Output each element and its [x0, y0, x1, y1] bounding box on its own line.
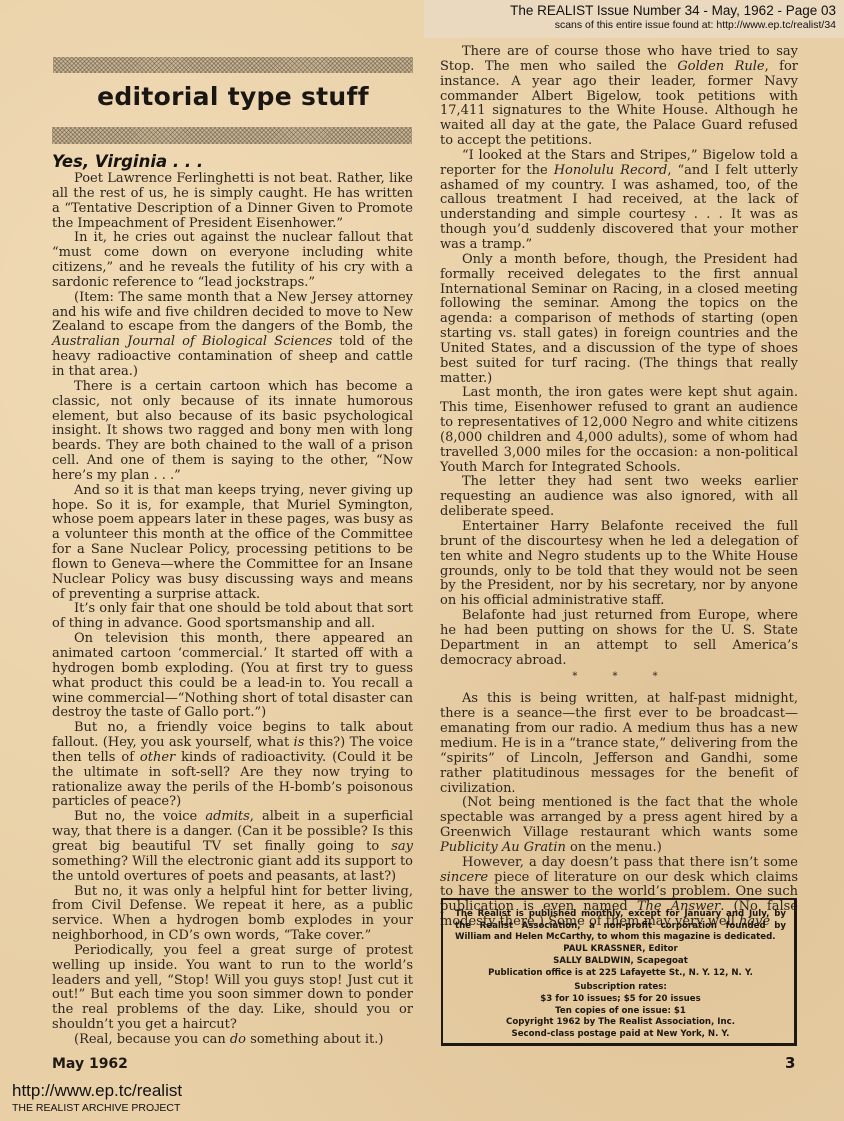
paragraph: The letter they had sent two weeks earli… [440, 475, 798, 520]
scapegoat-credit: SALLY BALDWIN, Scapegoat [455, 956, 786, 968]
office-address: Publication office is at 225 Lafayette S… [455, 968, 786, 980]
paragraph: There is a certain cartoon which has bec… [52, 380, 413, 484]
rates: $3 for 10 issues; $5 for 20 issues [455, 994, 786, 1006]
paragraph: But no, it was only a helpful hint for b… [52, 885, 413, 944]
info-line: The Realist is published monthly, except… [455, 909, 786, 921]
masthead-title: editorial type stuff [52, 82, 414, 111]
archive-banner: The REALIST Issue Number 34 - May, 1962 … [424, 0, 844, 38]
paragraph: And so it is that man keeps trying, neve… [52, 484, 413, 603]
paragraph: (Not being mentioned is the fact that th… [440, 796, 798, 855]
masthead-rule-top [53, 57, 413, 73]
section-separator: * * * [440, 668, 798, 686]
info-line: William and Helen McCarthy, to whom this… [455, 932, 786, 944]
copyright: Copyright 1962 by The Realist Associatio… [455, 1017, 786, 1029]
paragraph: Entertainer Harry Belafonte received the… [440, 520, 798, 609]
paragraph: It’s only fair that one should be told a… [52, 602, 413, 632]
paragraph: But no, the voice admits, albeit in a su… [52, 810, 413, 884]
paragraph: In it, he cries out against the nuclear … [52, 231, 413, 290]
paragraph: As this is being written, at half-past m… [440, 692, 798, 796]
paragraph: On television this month, there appeared… [52, 632, 413, 721]
bulk-copies: Ten copies of one issue: $1 [455, 1006, 786, 1018]
publication-info-box: The Realist is published monthly, except… [441, 898, 797, 1046]
archive-project-name: THE REALIST ARCHIVE PROJECT [12, 1102, 180, 1114]
paragraph: Belafonte had just returned from Europe,… [440, 609, 798, 668]
section-heading: Yes, Virginia . . . [52, 152, 413, 172]
editor-credit: PAUL KRASSNER, Editor [455, 944, 786, 956]
paragraph: Poet Lawrence Ferlinghetti is not beat. … [52, 172, 413, 231]
paragraph: But no, a friendly voice begins to talk … [52, 721, 413, 810]
issue-date: May 1962 [52, 1056, 128, 1072]
paragraph: (Item: The same month that a New Jersey … [52, 291, 413, 380]
masthead-rule-bottom [52, 127, 412, 144]
paragraph: There are of course those who have tried… [440, 45, 798, 149]
paragraph: (Real, because you can do something abou… [52, 1033, 413, 1048]
right-column: There are of course those who have tried… [440, 45, 798, 930]
rates-heading: Subscription rates: [455, 982, 786, 994]
paragraph: “I looked at the Stars and Stripes,” Big… [440, 149, 798, 253]
banner-subtitle: scans of this entire issue found at: htt… [424, 19, 836, 32]
paragraph: Only a month before, though, the Preside… [440, 253, 798, 387]
archive-url-link[interactable]: http://www.ep.tc/realist [12, 1081, 182, 1101]
page-number: 3 [785, 1054, 795, 1072]
paragraph: Periodically, you feel a great surge of … [52, 944, 413, 1033]
paragraph: Last month, the iron gates were kept shu… [440, 386, 798, 475]
info-line: the Realist Association, a non-profit co… [455, 921, 786, 933]
banner-title: The REALIST Issue Number 34 - May, 1962 … [424, 0, 836, 19]
left-column: Yes, Virginia . . . Poet Lawrence Ferlin… [52, 152, 413, 1048]
postage: Second-class postage paid at New York, N… [455, 1029, 786, 1041]
